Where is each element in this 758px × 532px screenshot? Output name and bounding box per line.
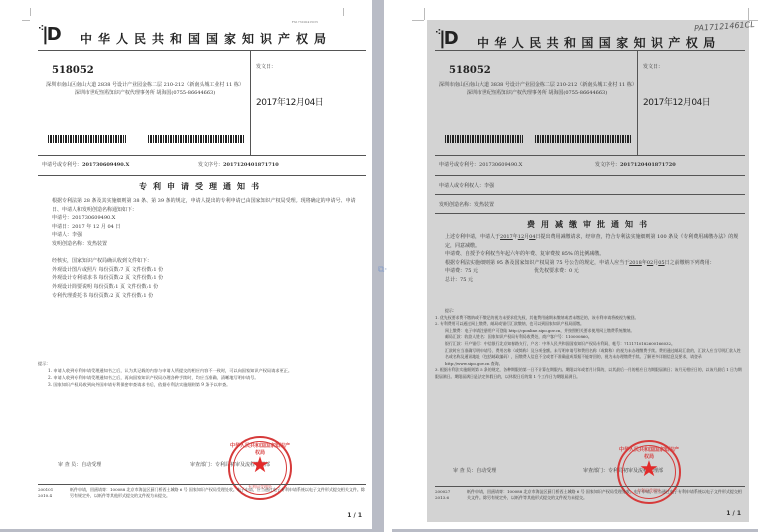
application-meta-row: 申请号或专利号：201730609490.X 发文序号：201712040187… xyxy=(435,161,745,175)
field-label: 申请日： xyxy=(52,224,72,230)
split-resize-icon[interactable]: ⧉· xyxy=(378,265,387,275)
reduction-rate-paragraph: 申请费、自授予专利权当年起六年的年费、复审费按 85% 的比例减缴。 xyxy=(435,250,741,259)
page-number: 1 / 1 xyxy=(347,512,362,519)
applicant: 李强 xyxy=(72,232,82,238)
barcodes xyxy=(48,135,244,143)
barcode-icon xyxy=(148,135,244,143)
address-block: 518052 深圳市南山区南山大道 2838 号设计产业园金栋二层 210-21… xyxy=(38,51,366,155)
barcodes xyxy=(445,135,631,143)
agent-line: 深圳市世纪恒程知识产权代理事务所 胡海国(0755-86644663) xyxy=(439,89,635,97)
total-label: 总计： xyxy=(445,277,460,283)
tip-item: 网上缴费：电子申请注册用户可登陆 http://cponline.sipo.go… xyxy=(435,328,743,335)
document-serial: FS173100415CN xyxy=(292,20,318,24)
cnipa-logo-icon: ⁖|D xyxy=(435,28,461,52)
received-doc-item: 外观设计专利请求书 每份页数:2 页 文件份数:1 份 xyxy=(42,274,362,283)
fee-row: 申请费：75 元优先权要求费：0 元 xyxy=(435,267,741,276)
received-doc-item: 外观设计图片或照片 每份页数:7 页 文件份数:1 份 xyxy=(42,266,362,275)
barcode-icon xyxy=(535,135,631,143)
tip-item: 2. 申请人收到专利申请受理通知书之后，再向国家知识产权局办理各种手续时，均应当… xyxy=(38,374,364,381)
divider xyxy=(250,51,251,155)
star-icon: ★ xyxy=(230,455,290,477)
document-compare-viewer: ⁖|D FS173100415CN 中华人民共和国国家知识产权局 518052 … xyxy=(0,0,758,532)
tips-section: 提示： 1. 申请人收到专利申请受理通知书之后，认为其记载的内容与申请人所提交的… xyxy=(38,360,364,388)
doc-no: 2017120401871720 xyxy=(620,162,676,168)
tip-item: 1. 申请人收到专利申请受理通知书之后，认为其记载的内容与申请人所提交的相应内容… xyxy=(38,367,364,374)
invention-name: 发热装置 xyxy=(87,241,107,247)
tips-label: 提示： xyxy=(38,360,364,367)
issue-date-label: 发文日： xyxy=(256,63,276,70)
tips-label: 提示： xyxy=(435,308,743,315)
address-line: 深圳市南山区南山大道 2838 号设计产业园金栋二层 210-212（新南头城工… xyxy=(42,81,248,89)
postcode: 518052 xyxy=(449,65,491,76)
issue-date: 2017年12月04日 xyxy=(256,95,323,108)
total-value: 75 元 xyxy=(460,277,473,283)
divider xyxy=(435,194,745,195)
application-number: 201730609490.X xyxy=(72,215,115,221)
postcode: 518052 xyxy=(52,65,94,76)
notice-body: 上述专利申请，申请人于2017年12月04日提出费用减缴请求，经审查，符合专利法… xyxy=(435,233,741,285)
agent-line: 深圳市世纪恒程知识产权代理事务所 胡海国(0755-86644663) xyxy=(42,89,248,97)
address-block: 518052 深圳市南山区南山大道 3838 号设计产业园金栋二层 210-21… xyxy=(435,51,745,155)
fee-label: 优先权要求费： xyxy=(534,268,569,274)
doc-no: 2017120401871710 xyxy=(223,162,279,168)
handwritten-reference: PA17121461CL xyxy=(694,20,755,33)
tip-item: 2. 专利费用可以通过网上缴费、邮局或银行汇款缴纳，也可以到国家知识产权局面缴。 xyxy=(435,321,743,328)
tip-item: 1. 优先权要求费不缴纳或不缴足的视为未要求优先权，其他费用逾期未缴纳或者未缴足… xyxy=(435,315,743,322)
applicant: 李强 xyxy=(484,183,494,189)
app-no: 201730609490.X xyxy=(82,162,129,168)
field-label: 申请人： xyxy=(52,232,72,238)
examiner-value: 自动受理 xyxy=(476,468,496,474)
form-code: 200027 2013.6 xyxy=(435,489,459,501)
examiner: 审 查 员：自动受理 xyxy=(58,461,101,468)
invention-name: 发热装置 xyxy=(474,202,494,208)
invention-label: 发明创造名称： xyxy=(439,202,474,208)
application-date: 2017 年 12 月 04 日 xyxy=(72,224,120,230)
issue-date: 2017年12月04日 xyxy=(643,95,710,108)
crop-mark xyxy=(748,8,749,20)
tip-item: 银行汇款：开户银行：中信银行北京知春路支行，户名：中华人民共和国国家知识产权局专… xyxy=(435,341,743,348)
examiner: 审 查 员：自动受理 xyxy=(453,467,496,474)
divider xyxy=(435,175,745,176)
total-row: 总计：75 元 xyxy=(435,276,741,285)
agency-name: 中华人民共和国国家知识产权局 xyxy=(80,30,332,47)
doc-no-label: 发文序号： xyxy=(198,162,223,168)
agency-name: 中华人民共和国国家知识产权局 xyxy=(477,34,721,51)
approval-paragraph: 上述专利申请，申请人于2017年12月04日提出费用减缴请求，经审查，符合专利法… xyxy=(435,233,741,250)
crop-mark xyxy=(424,8,425,20)
divider xyxy=(38,484,366,485)
dept-label: 审查部门： xyxy=(583,468,608,474)
form-code: 200101 2010.4 xyxy=(38,487,62,499)
crop-mark xyxy=(412,20,424,21)
recipient-address: 深圳市南山区南山大道 3838 号设计产业园金栋二层 210-212（新南头城工… xyxy=(439,81,635,97)
issue-date-label: 发文日： xyxy=(643,63,663,70)
tips-section: 提示： 1. 优先权要求费不缴纳或不缴足的视为未要求优先权，其他费用逾期未缴纳或… xyxy=(435,308,743,381)
received-doc-item: 外观设计简要说明 每份页数:1 页 文件份数:1 份 xyxy=(42,283,362,292)
star-icon: ★ xyxy=(619,459,679,481)
received-docs-label: 经核实，国家知识产权局确认收到文件如下： xyxy=(42,257,362,266)
divider xyxy=(38,155,366,156)
notice-body: 根据专利法第 28 条及其实施细则第 38 条、第 39 条的规定，申请人提出的… xyxy=(42,197,362,300)
dept-label: 审查部门： xyxy=(190,462,215,468)
application-meta-row: 申请号或专利号：201730609490.X 发文序号：201712040187… xyxy=(38,161,366,175)
app-no-label: 申请号或专利号： xyxy=(439,162,479,168)
fee-label: 申请费： xyxy=(445,268,465,274)
fee-value: 75 元 xyxy=(465,268,478,274)
tip-item: 邮局汇款：收款人姓名：国家知识产权局专利局收费处，商户客户号：110000860… xyxy=(435,334,743,341)
footer-text: 纸件申请，回函请寄：100088 北京市海淀区蓟门桥西土城路 6 号 国家知识产… xyxy=(467,489,745,501)
patent-acceptance-notice-page: ⁖|D FS173100415CN 中华人民共和国国家知识产权局 518052 … xyxy=(30,16,370,526)
divider xyxy=(38,175,366,176)
divider xyxy=(435,213,745,214)
recipient-address: 深圳市南山区南山大道 2838 号设计产业园金栋二层 210-212（新南头城工… xyxy=(42,81,248,97)
cnipa-logo-icon: ⁖|D xyxy=(38,24,64,48)
payment-deadline-paragraph: 根据专利法实施细则第 95 条及国家知识产权局第 75 号公告的规定，申请人应当… xyxy=(435,259,741,268)
divider xyxy=(435,486,745,487)
barcode-icon xyxy=(445,135,523,143)
tip-item: 3. 根据专利法实施细则第 5 条的规定，各种期限的第一日不计算在期限内。期限以… xyxy=(435,367,743,380)
tip-item: 汇款时应当准确写明申请号、费用名称（或简称）及分项金额。未写明申请号和费用名称（… xyxy=(435,348,743,368)
divider xyxy=(435,155,745,156)
examiner-value: 自动受理 xyxy=(81,462,101,468)
address-line: 深圳市南山区南山大道 3838 号设计产业园金栋二层 210-212（新南头城工… xyxy=(439,81,635,89)
app-no: 201730609490.X xyxy=(479,162,522,168)
intro-paragraph: 根据专利法第 28 条及其实施细则第 38 条、第 39 条的规定，申请人提出的… xyxy=(42,197,362,214)
tip-item: 3. 国家知识产权局收到向外国申请专利保密审查请求书后，依据专利法实施细则第 9… xyxy=(38,381,364,388)
fee-value: 0 元 xyxy=(569,268,579,274)
doc-no-label: 发文序号： xyxy=(595,162,620,168)
received-doc-item: 专利代理委托书 每份页数:2 页 文件份数:1 份 xyxy=(42,292,362,301)
notice-title: 专利申请受理通知书 xyxy=(38,181,366,192)
document-header: ⁖|D FS173100415CN 中华人民共和国国家知识产权局 xyxy=(38,24,366,50)
app-no-label: 申请号或专利号： xyxy=(42,162,82,168)
right-document-pane[interactable]: ⁖|D 中华人民共和国国家知识产权局 PA17121461CL 518052 深… xyxy=(392,0,758,532)
field-label: 申请号： xyxy=(52,215,72,221)
field-label: 发明创造名称： xyxy=(52,241,87,247)
divider xyxy=(637,51,638,155)
notice-title: 费用减缴审批通知书 xyxy=(435,219,745,230)
examiner-label: 审 查 员： xyxy=(453,468,476,474)
applicant-label: 申请人或专利权人： xyxy=(439,183,484,189)
crop-mark xyxy=(22,20,30,21)
examiner-label: 审 查 员： xyxy=(58,462,81,468)
footer-text: 纸件申请，回函请寄：100088 北京市海淀区蓟门桥西土城路 6 号 国家知识产… xyxy=(70,487,366,499)
barcode-icon xyxy=(48,135,126,143)
fee-reduction-notice-page: ⁖|D 中华人民共和国国家知识产权局 PA17121461CL 518052 深… xyxy=(427,20,749,522)
page-number: 1 / 1 xyxy=(726,510,741,517)
left-document-pane[interactable]: ⁖|D FS173100415CN 中华人民共和国国家知识产权局 518052 … xyxy=(0,0,372,532)
